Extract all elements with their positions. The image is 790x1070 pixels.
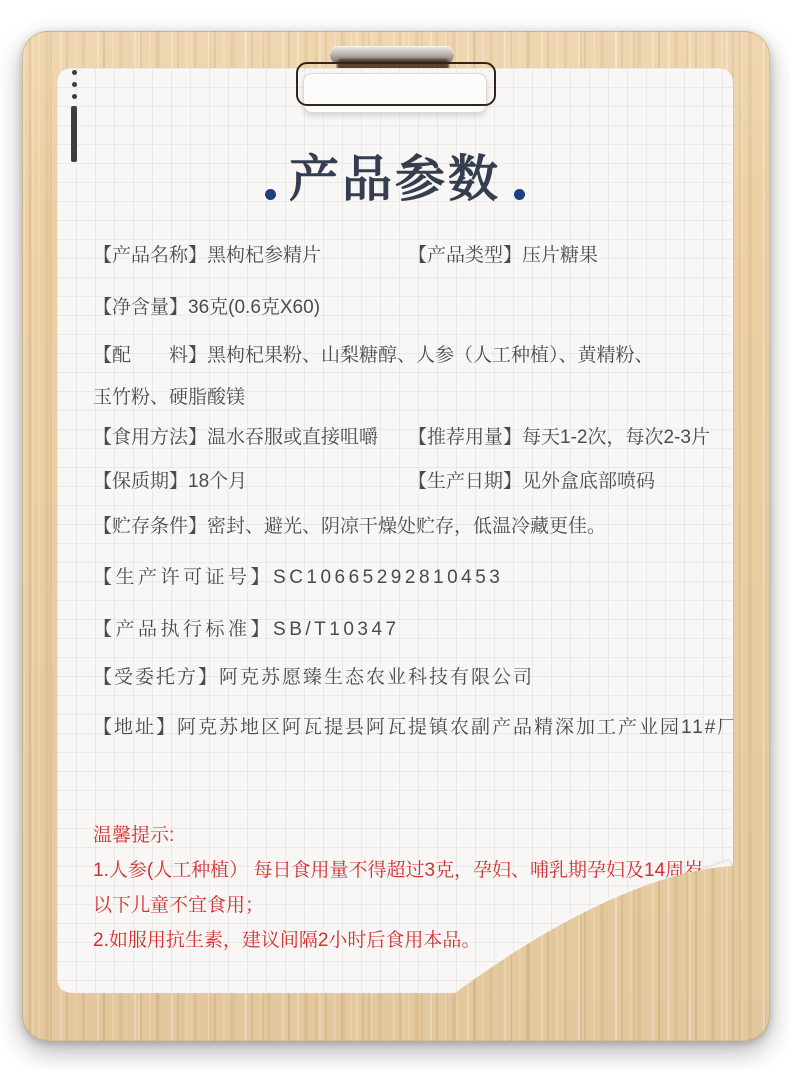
spec-row-standard: 【产品执行标准】SB/T10347 [93,617,733,643]
field-value: 密封、避光、阴凉干燥处贮存，低温冷藏更佳。 [207,516,606,537]
spec-row-address: 【地址】阿克苏地区阿瓦提县阿瓦提镇农副产品精深加工产业园11#厂房 [93,715,733,741]
field-value: 压片糖果 [522,245,598,266]
clip-frame-outline [296,62,496,106]
spec-col2: 【推荐用量】每天1-2次，每次2-3片 [408,425,710,451]
field-value: 18个月 [188,471,247,492]
field-label: 【配 料】 [93,345,207,366]
dot-icon [265,189,276,200]
field-value: SC10665292810453 [273,567,503,588]
dot-icon [72,70,77,75]
page-title-row: 产品参数 [57,146,733,212]
field-label: 【生产许可证号】 [93,567,273,588]
field-label: 【贮存条件】 [93,516,207,537]
field-value: 玉竹粉、硬脂酸镁 [93,387,245,408]
field-value: 温水吞服或直接咀嚼 [207,427,378,448]
spec-row-usage: 【食用方法】温水吞服或直接咀嚼 【推荐用量】每天1-2次，每次2-3片 [93,425,733,451]
spec-col2: 【生产日期】见外盒底部喷码 [408,469,655,495]
field-label: 【保质期】 [93,471,188,492]
dot-icon [72,94,77,99]
field-label: 【产品执行标准】 [93,619,273,640]
spec-row-shelf-life: 【保质期】18个月 【生产日期】见外盒底部喷码 [93,469,733,495]
spec-col2: 【产品类型】压片糖果 [408,243,598,269]
field-value: 36克(0.6克X60) [188,297,320,318]
field-label: 【产品类型】 [408,245,522,266]
field-label: 【地址】 [93,717,177,738]
field-value: 阿克苏地区阿瓦提县阿瓦提镇农副产品精深加工产业园11#厂房 [177,717,759,738]
spec-row-ingredients: 【配 料】黑枸杞果粉、山梨糖醇、人参（人工种植）、黄精粉、 [93,343,733,369]
spec-row-ingredients-cont: 玉竹粉、硬脂酸镁 [93,385,733,411]
dot-icon [72,82,77,87]
spec-row-entrusted-party: 【受委托方】阿克苏愿臻生态农业科技有限公司 [93,665,733,691]
field-label: 【产品名称】 [93,245,207,266]
dot-icon [514,189,525,200]
field-label: 【推荐用量】 [408,427,522,448]
spec-row-net-weight: 【净含量】36克(0.6克X60) [93,295,733,321]
spec-row-license-no: 【生产许可证号】SC10665292810453 [93,565,733,591]
field-value: 黑枸杞果粉、山梨糖醇、人参（人工种植）、黄精粉、 [207,345,654,366]
warning-title: 温馨提示: [93,818,733,853]
paper-sheet: 产品参数 【产品名称】黑枸杞参精片 【产品类型】压片糖果 【净含量】36克(0.… [57,68,733,993]
field-label: 【生产日期】 [408,471,522,492]
field-value: 见外盒底部喷码 [522,471,655,492]
page-title: 产品参数 [289,154,501,204]
spec-row-product-name: 【产品名称】黑枸杞参精片 【产品类型】压片糖果 [93,243,733,269]
field-value: 每天1-2次，每次2-3片 [522,427,710,448]
field-label: 【食用方法】 [93,427,207,448]
field-label: 【受委托方】 [93,667,219,688]
spec-row-storage: 【贮存条件】密封、避光、阴凉干燥处贮存，低温冷藏更佳。 [93,514,733,540]
field-value: 黑枸杞参精片 [207,245,321,266]
field-value: SB/T10347 [273,619,400,640]
field-label: 【净含量】 [93,297,188,318]
field-value: 阿克苏愿臻生态农业科技有限公司 [219,667,534,688]
